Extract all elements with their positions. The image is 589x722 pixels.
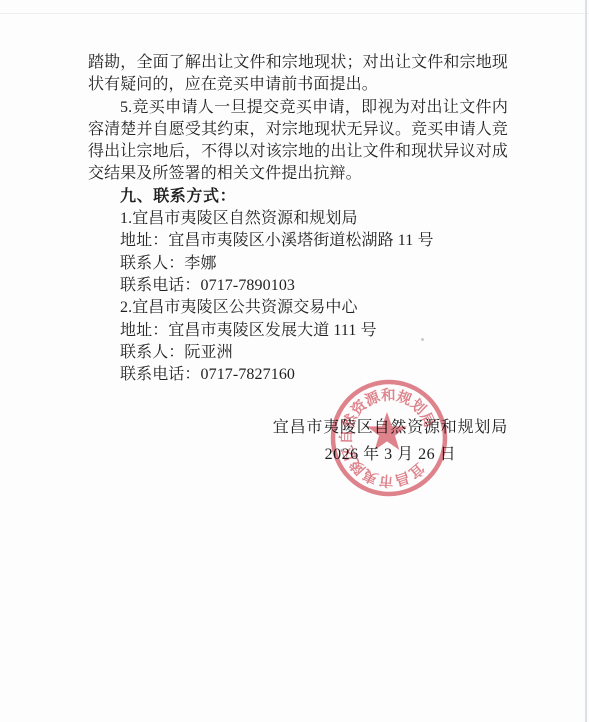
document-body: 踏勘，全面了解出让文件和宗地现状；对出让文件和宗地现状有疑问的，应在竞买申请前书… (88, 52, 508, 386)
seal-char: 市 (378, 471, 394, 490)
paragraph: 联系电话：0717-7827160 (88, 364, 508, 386)
seal-char: 昌 (393, 468, 412, 489)
seal-char: 夷 (359, 465, 380, 488)
paragraph: 1.宜昌市夷陵区自然资源和规划局 (88, 208, 508, 230)
signature-date: 2026 年 3 月 26 日 (273, 441, 508, 468)
signature-org-name: 宜昌市夷陵区自然资源和规划局 (273, 414, 508, 441)
paragraph: 联系电话：0717-7890103 (88, 275, 508, 297)
paragraph: 5.竞买申请人一旦提交竞买申请，即视为对出让文件内容清楚并自愿受其约束，对宗地现… (88, 97, 508, 186)
paragraph: 联系人：李娜 (88, 253, 508, 275)
paragraph: 地址：宜昌市夷陵区小溪塔街道松湖路 11 号 (88, 230, 508, 252)
paragraph: 地址：宜昌市夷陵区发展大道 111 号 (88, 320, 508, 342)
paragraph: 联系人：阮亚洲 (88, 342, 508, 364)
signature-block: 宜昌市夷陵区自然资源和规划局 2026 年 3 月 26 日 (273, 414, 508, 468)
paragraph: 2.宜昌市夷陵区公共资源交易中心 (88, 297, 508, 319)
paragraph: 踏勘，全面了解出让文件和宗地现状；对出让文件和宗地现状有疑问的，应在竞买申请前书… (88, 52, 508, 97)
scan-right-edge (585, 0, 587, 722)
document-content: 踏勘，全面了解出让文件和宗地现状；对出让文件和宗地现状有疑问的，应在竞买申请前书… (88, 52, 508, 468)
paragraph: 九、联系方式： (88, 186, 508, 208)
document-page: 踏勘，全面了解出让文件和宗地现状；对出让文件和宗地现状有疑问的，应在竞买申请前书… (0, 0, 589, 722)
scan-top-edge (0, 13, 589, 14)
